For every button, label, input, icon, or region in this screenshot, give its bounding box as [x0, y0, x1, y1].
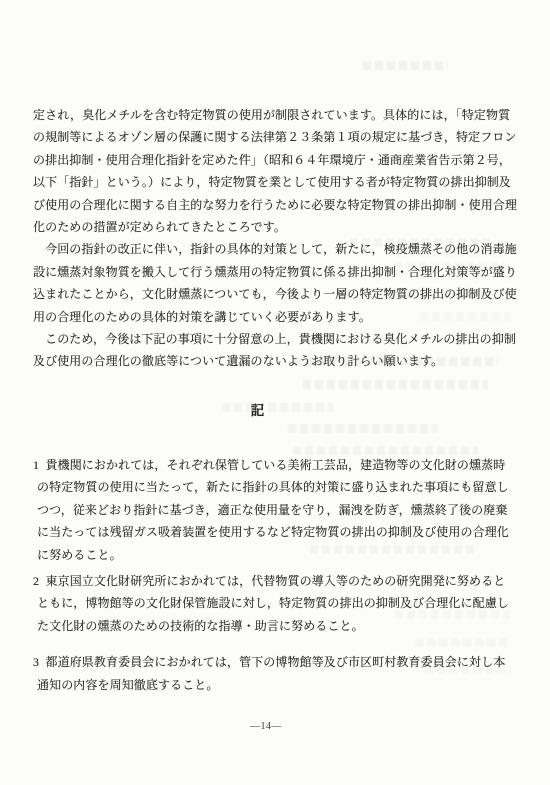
text-line: 2東京国立文化財研究所におかれては，代替物質の導入等のための研究開発に努めると [33, 570, 525, 592]
text-line: 及び使用の合理化の徹底等について遺漏のないようお取り計らい願います。 [33, 350, 523, 372]
text-line: の規制等によるオゾン層の保護に関する法律第２３条第１項の規定に基づき，特定フロン [33, 126, 523, 148]
text-line: 通知の内容を周知徹底すること。 [33, 674, 525, 696]
text-line: 今回の指針の改正に伴い，指針の具体的対策として，新たに，検疫燻蒸その他の消毒施 [33, 238, 523, 260]
paragraph-2: 今回の指針の改正に伴い，指針の具体的対策として，新たに，検疫燻蒸その他の消毒施設… [33, 238, 523, 328]
paragraph-1: 定され，臭化メチルを含む特定物質の使用が制限されています。具体的には，「特定物質… [33, 104, 523, 238]
item-first-line-text: 都道府県教育委員会におかれては，管下の博物館等及び市区町村教育委員会に対し本 [46, 655, 506, 669]
bleed-through-artifact [303, 380, 488, 389]
text-line: このため，今後は下記の事項に十分留意の上，貴機関における臭化メチルの排出の抑制 [33, 328, 523, 350]
scanned-document-page: 定され，臭化メチルを含む特定物質の使用が制限されています。具体的には，「特定物質… [0, 0, 550, 785]
text-line: の排出抑制・使用合理化指針を定めた件」（昭和６４年環境庁・通商産業省告示第２号， [33, 149, 523, 171]
item-first-line-text: 東京国立文化財研究所におかれては，代替物質の導入等のための研究開発に努めると [46, 574, 506, 588]
item-number: 3 [33, 651, 46, 673]
item-first-line-text: 貴機関におかれては，それぞれ保管している美術工芸品，建造物等の文化財の燻蒸時 [46, 458, 506, 472]
text-line: び使用の合理化に関する自主的な努力を行うために必要な特定物質の排出抑制・使用合理 [33, 194, 523, 216]
text-line: 用の合理化のための具体的対策を講じていく必要があります。 [33, 306, 523, 328]
text-line: 込まれたことから，文化財燻蒸についても，今後より一層の特定物質の排出の抑制及び使 [33, 283, 523, 305]
text-line: た文化財の燻蒸のための技術的な指導・助言に努めること。 [33, 615, 525, 637]
item-3: 3都道府県教育委員会におかれては，管下の博物館等及び市区町村教育委員会に対し本通… [33, 651, 525, 696]
text-line: の特定物質の使用に当たって，新たに指針の具体的対策に盛り込まれた事項にも留意し [33, 476, 525, 498]
text-line: 化のための措置が定められてきたところです。 [33, 216, 523, 238]
text-line: ともに，博物館等の文化財保管施設に対し，特定物質の排出の抑制及び合理化に配慮し [33, 592, 525, 614]
text-line: 設に燻蒸対象物質を搬入して行う燻蒸用の特定物質に係る排出抑制・合理化対策等が盛り [33, 261, 523, 283]
text-line: 以下「指針」という。）により，特定物質を業として使用する者が特定物質の排出抑制及 [33, 171, 523, 193]
item-number: 1 [33, 454, 46, 476]
body-paragraphs: 定され，臭化メチルを含む特定物質の使用が制限されています。具体的には，「特定物質… [33, 104, 523, 373]
text-line: に当たっては残留ガス吸着装置を使用するなど特定物質の排出の抑制及び使用の合理化 [33, 521, 525, 543]
page-number: —14— [0, 721, 550, 732]
text-line: 1貴機関におかれては，それぞれ保管している美術工芸品，建造物等の文化財の燻蒸時 [33, 454, 525, 476]
bleed-through-artifact [363, 61, 448, 70]
record-marker: 記 [0, 399, 550, 419]
item-1: 1貴機関におかれては，それぞれ保管している美術工芸品，建造物等の文化財の燻蒸時の… [33, 454, 525, 566]
item-2: 2東京国立文化財研究所におかれては，代替物質の導入等のための研究開発に努めるとと… [33, 570, 525, 637]
text-line: 3都道府県教育委員会におかれては，管下の博物館等及び市区町村教育委員会に対し本 [33, 651, 525, 673]
paragraph-3: このため，今後は下記の事項に十分留意の上，貴機関における臭化メチルの排出の抑制及… [33, 328, 523, 373]
text-line: 定され，臭化メチルを含む特定物質の使用が制限されています。具体的には，「特定物質 [33, 104, 523, 126]
text-line: つつ，従来どおり指針に基づき，適正な使用量を守り，漏洩を防ぎ，燻蒸終了後の廃棄 [33, 499, 525, 521]
numbered-items: 1貴機関におかれては，それぞれ保管している美術工芸品，建造物等の文化財の燻蒸時の… [33, 454, 525, 696]
text-line: に努めること。 [33, 544, 525, 566]
item-number: 2 [33, 570, 46, 592]
bleed-through-artifact [288, 424, 438, 433]
